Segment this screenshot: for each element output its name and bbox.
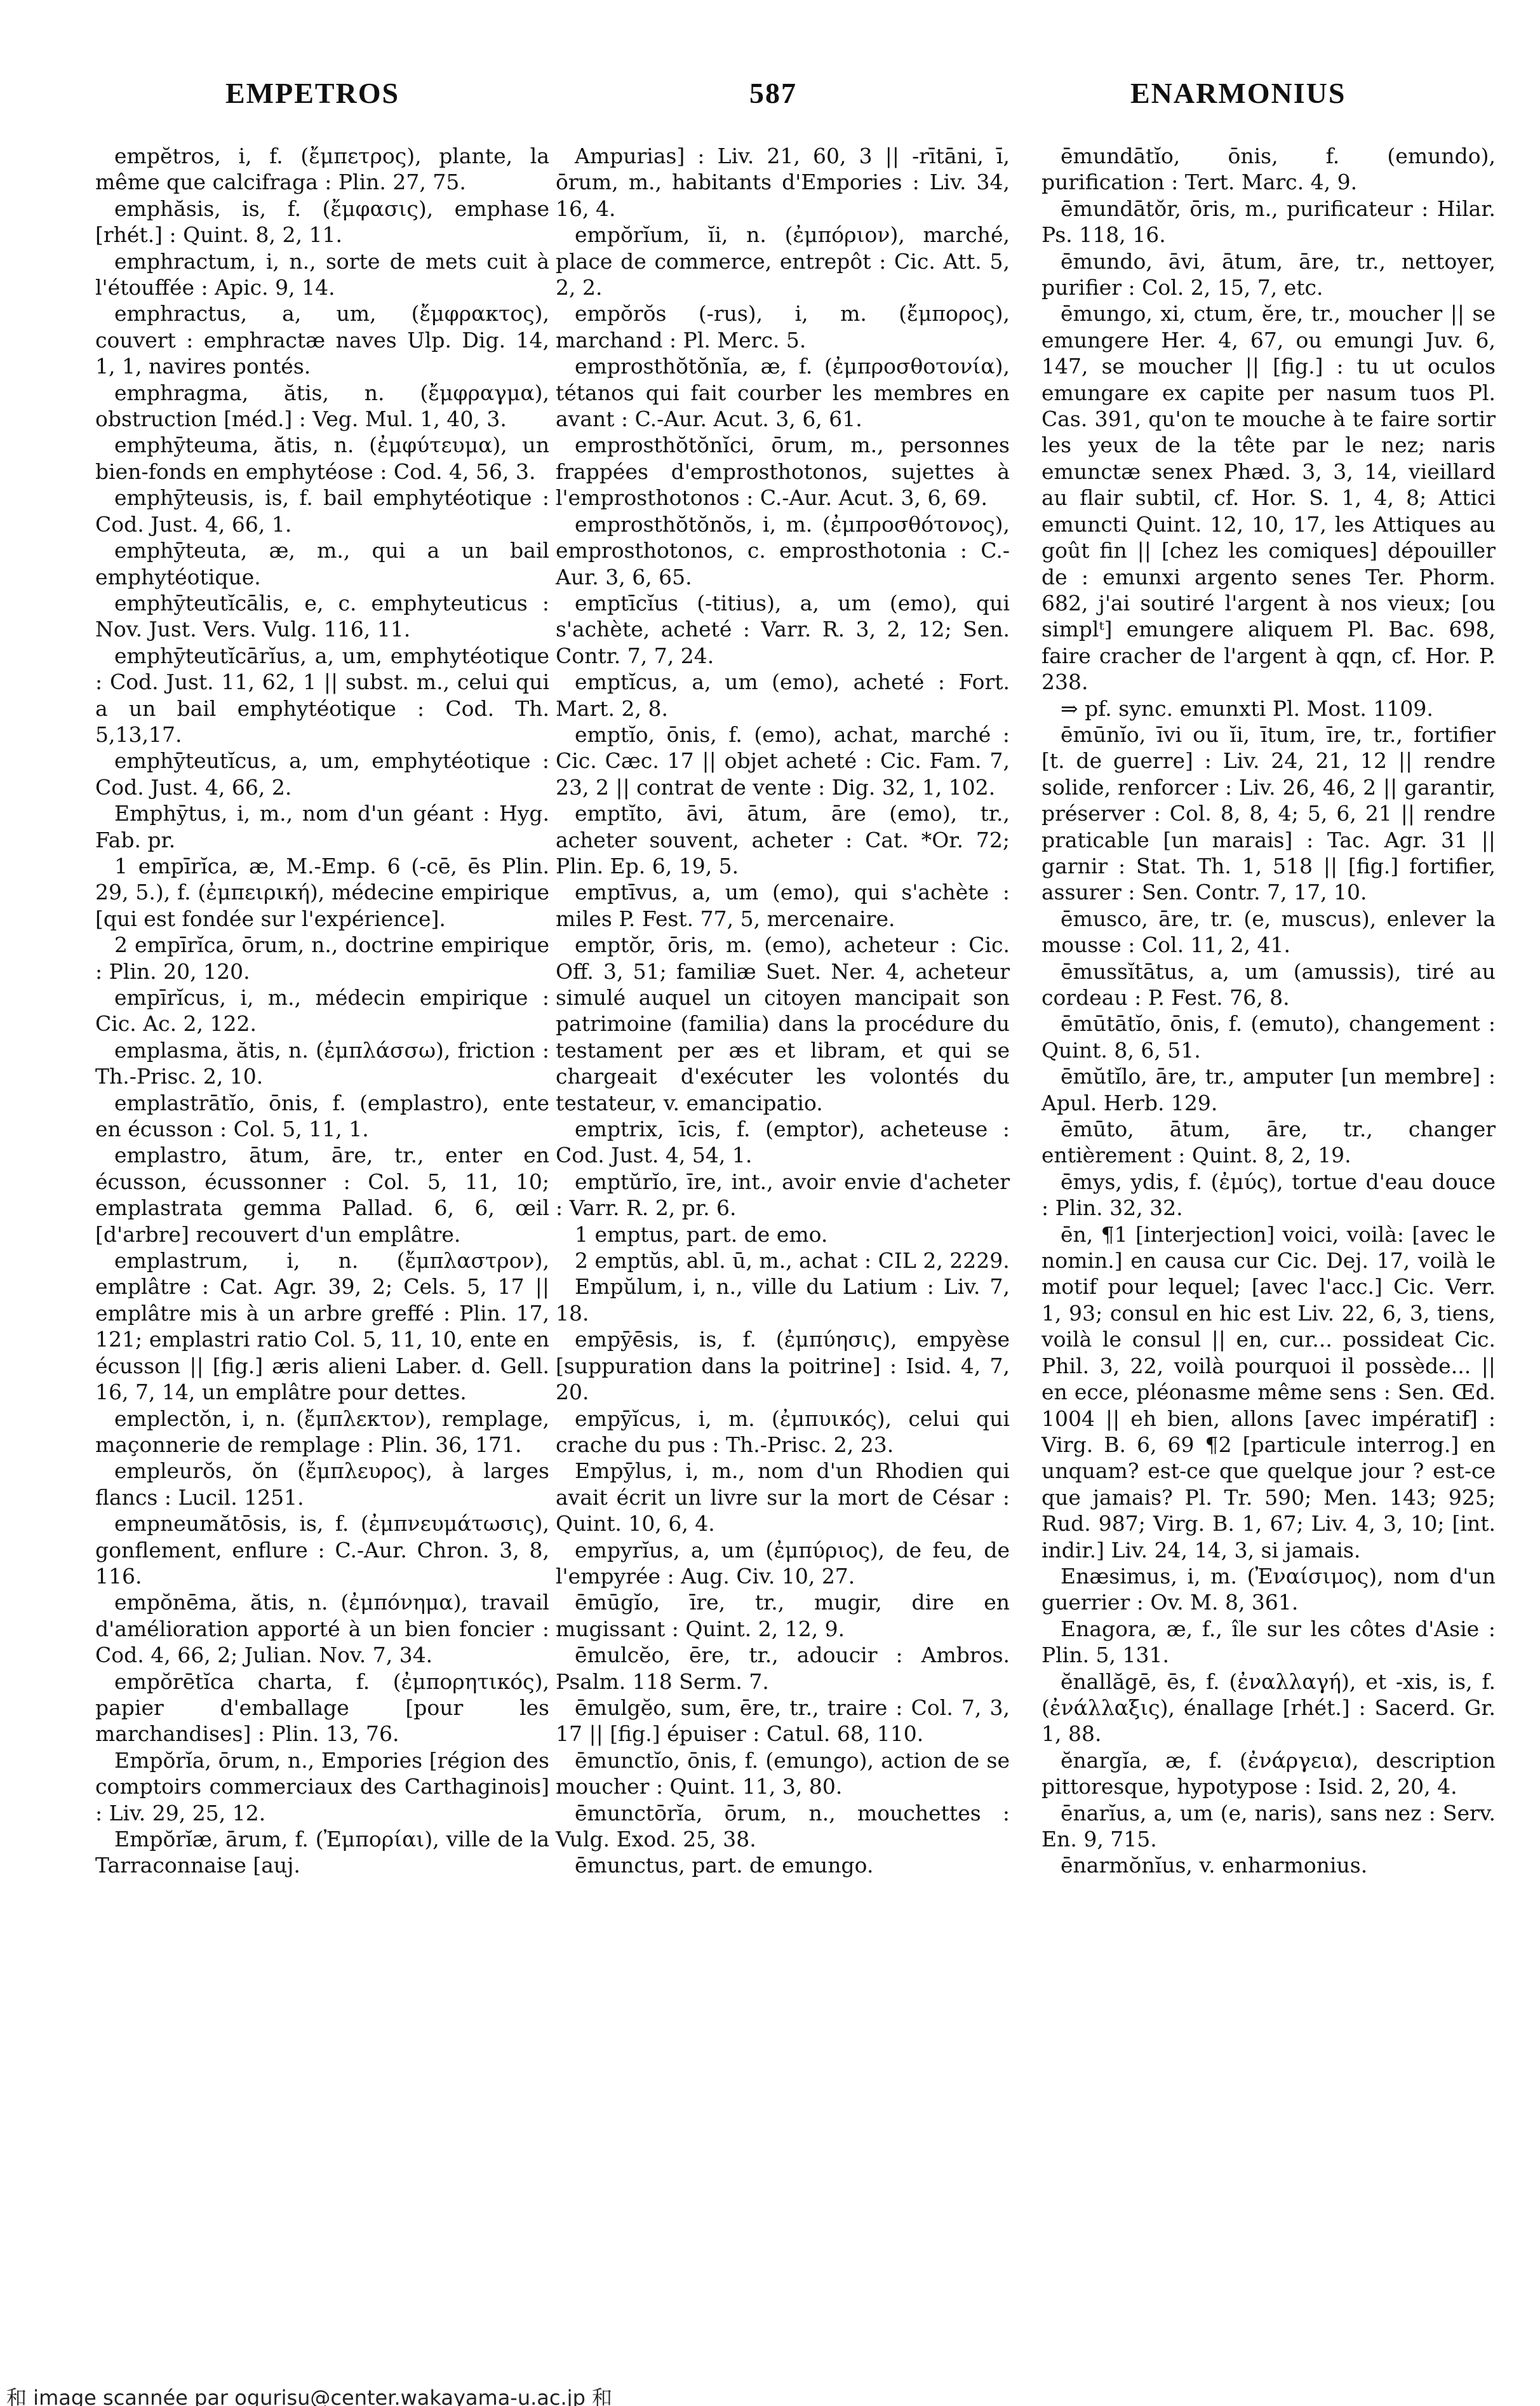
- dictionary-entry: Empŭlum, i, n., ville du Latium : Liv. 7…: [556, 1274, 1010, 1326]
- dictionary-entry: emphȳteuma, ătis, n. (ἐμφύτευμα), un bie…: [95, 432, 549, 485]
- dictionary-entry: ēmussĭtātus, a, um (amussis), tiré au co…: [1041, 958, 1496, 1011]
- dictionary-entry: ēmundātĭo, ōnis, f. (emundo), purificati…: [1041, 143, 1496, 196]
- dictionary-entry: emplastro, ātum, āre, tr., enter en écus…: [95, 1142, 549, 1247]
- dictionary-entry: 2 empīrĭca, ōrum, n., doctrine empirique…: [95, 932, 549, 985]
- dictionary-entry: Enagora, æ, f., île sur les côtes d'Asie…: [1041, 1616, 1496, 1669]
- column-3: ēmundātĭo, ōnis, f. (emundo), purificati…: [1041, 143, 1496, 1879]
- dictionary-entry: emphȳteutĭcālis, e, c. emphyteuticus : N…: [95, 590, 549, 643]
- dictionary-entry: emptĭo, ōnis, f. (emo), achat, marché : …: [556, 722, 1010, 800]
- dictionary-entry: ēmŭtĭlo, āre, tr., amputer [un membre] :…: [1041, 1063, 1496, 1116]
- dictionary-entry: empȳĭcus, i, m. (ἐμπυικός), celui qui cr…: [556, 1406, 1010, 1458]
- dictionary-entry: emphȳteutĭcārĭus, a, um, emphytéotique :…: [95, 643, 549, 748]
- dictionary-entry: ēmulcĕo, ēre, tr., adoucir : Ambros. Psa…: [556, 1642, 1010, 1695]
- dictionary-entry: ēmūto, ātum, āre, tr., changer entièreme…: [1041, 1116, 1496, 1169]
- dictionary-entry: ēmulgĕo, sum, ēre, tr., traire : Col. 7,…: [556, 1695, 1010, 1747]
- dictionary-entry: ēmūnĭo, īvi ou ĭi, ītum, īre, tr., forti…: [1041, 722, 1496, 906]
- dictionary-entry: ēmunctĭo, ōnis, f. (emungo), action de s…: [556, 1747, 1010, 1800]
- dictionary-entry: empŏrŏs (-rus), i, m. (ἔμπορος), marchan…: [556, 300, 1010, 353]
- dictionary-entry: emptĭto, āvi, ātum, āre (emo), tr., ache…: [556, 800, 1010, 879]
- dictionary-entry: ēmunctus, part. de emungo.: [556, 1852, 1010, 1878]
- dictionary-entry: emptrix, īcis, f. (emptor), acheteuse : …: [556, 1116, 1010, 1169]
- dictionary-entry: ēmys, ydis, f. (ἐμύς), tortue d'eau douc…: [1041, 1169, 1496, 1221]
- dictionary-entry: 2 emptŭs, abl. ū, m., achat : CIL 2, 222…: [556, 1247, 1010, 1274]
- dictionary-entry: empyrĭus, a, um (ἐμπύριος), de feu, de l…: [556, 1537, 1010, 1590]
- page-header: EMPETROS 587 ENARMONIUS: [0, 76, 1540, 127]
- dictionary-entry: emphȳteutĭcus, a, um, emphytéotique : Co…: [95, 748, 549, 800]
- column-1: empĕtros, i, f. (ἔμπετρος), plante, la m…: [95, 143, 549, 1879]
- dictionary-entry: emplastrātĭo, ōnis, f. (emplastro), ente…: [95, 1090, 549, 1143]
- dictionary-entry: empŏrĭum, ĭi, n. (ἐμπόριον), marché, pla…: [556, 222, 1010, 300]
- dictionary-entry: emphractum, i, n., sorte de mets cuit à …: [95, 248, 549, 301]
- right-guide-word: ENARMONIUS: [1130, 76, 1346, 110]
- dictionary-entry: ēmundātŏr, ōris, m., purificateur : Hila…: [1041, 196, 1496, 248]
- dictionary-entry: emplastrum, i, n. (ἔμπλαστρον), emplâtre…: [95, 1247, 549, 1405]
- dictionary-entry: emphăsis, is, f. (ἔμφασις), emphase [rhé…: [95, 196, 549, 248]
- dictionary-entry: emphractus, a, um, (ἔμφρακτος), couvert …: [95, 300, 549, 379]
- dictionary-entry: Enæsimus, i, m. (Ἐναίσιμος), nom d'un gu…: [1041, 1563, 1496, 1616]
- dictionary-entry: empneumătōsis, is, f. (ἐμπνευμάτωσις), g…: [95, 1510, 549, 1589]
- dictionary-entry: emplasma, ătis, n. (ἐμπλάσσω), friction …: [95, 1037, 549, 1090]
- dictionary-entry: ēn, ¶1 [interjection] voici, voilà: [ave…: [1041, 1221, 1496, 1563]
- dictionary-entry: Empȳlus, i, m., nom d'un Rhodien qui ava…: [556, 1458, 1010, 1536]
- dictionary-entry: Emphȳtus, i, m., nom d'un géant : Hyg. F…: [95, 800, 549, 853]
- dictionary-entry: ēmundo, āvi, ātum, āre, tr., nettoyer, p…: [1041, 248, 1496, 301]
- dictionary-entry: empŏrētĭca charta, f. (ἐμπορητικός), pap…: [95, 1669, 549, 1747]
- dictionary-entry: Empŏrĭæ, ārum, f. (Ἐμπορίαι), ville de l…: [95, 1826, 549, 1879]
- dictionary-entry: ēmūgĭo, īre, tr., mugir, dire en mugissa…: [556, 1589, 1010, 1642]
- left-guide-word: EMPETROS: [225, 76, 399, 110]
- dictionary-entry: ĕnallăgē, ēs, f. (ἐναλλαγή), et -xis, is…: [1041, 1669, 1496, 1747]
- dictionary-entry: ēnarmŏnĭus, v. enharmonius.: [1041, 1852, 1496, 1878]
- column-2: Ampurias] : Liv. 21, 60, 3 || -rītāni, ī…: [556, 143, 1010, 1879]
- dictionary-entry: empȳēsis, is, f. (ἐμπύησις), empyèse [su…: [556, 1326, 1010, 1405]
- dictionary-entry: 1 empīrĭca, æ, M.-Emp. 6 (-cē, ēs Plin. …: [95, 853, 549, 932]
- dictionary-entry: ĕnargĭa, æ, f. (ἐνάργεια), description p…: [1041, 1747, 1496, 1800]
- dictionary-entry: emphȳteusis, is, f. bail emphytéotique :…: [95, 485, 549, 537]
- dictionary-entry: emplectŏn, i, n. (ἔμπλεκτον), remplage, …: [95, 1406, 549, 1458]
- dictionary-entry: empīrĭcus, i, m., médecin empirique : Ci…: [95, 985, 549, 1037]
- page-number: 587: [749, 76, 797, 110]
- dictionary-entry: ⇒ pf. sync. emunxti Pl. Most. 1109.: [1041, 696, 1496, 722]
- dictionary-entry: emptĭcus, a, um (emo), acheté : Fort. Ma…: [556, 669, 1010, 722]
- dictionary-entry: emptŭrĭo, īre, int., avoir envie d'achet…: [556, 1169, 1010, 1221]
- scan-credit: 和 image scannée par ogurisu@center.wakay…: [6, 2382, 612, 2406]
- dictionary-entry: emprosthŏtŏnĭa, æ, f. (ἐμπροσθοτονία), t…: [556, 353, 1010, 432]
- dictionary-entry: ēmusco, āre, tr. (e, muscus), enlever la…: [1041, 906, 1496, 958]
- dictionary-entry: emptīvus, a, um (emo), qui s'achète : mi…: [556, 879, 1010, 932]
- dictionary-entry: 1 emptus, part. de emo.: [556, 1221, 1010, 1247]
- dictionary-entry: emprosthŏtŏnĭci, ōrum, m., personnes fra…: [556, 432, 1010, 511]
- dictionary-entry: ēmungo, xi, ctum, ĕre, tr., moucher || s…: [1041, 300, 1496, 695]
- dictionary-entry: emptŏr, ōris, m. (emo), acheteur : Cic. …: [556, 932, 1010, 1116]
- dictionary-entry: ēmūtātĭo, ōnis, f. (emuto), changement :…: [1041, 1011, 1496, 1063]
- dictionary-entry: emphragma, ătis, n. (ἔμφραγμα), obstruct…: [95, 380, 549, 433]
- dictionary-entry: empŏnēma, ătis, n. (ἐμπόνημα), travail d…: [95, 1589, 549, 1668]
- dictionary-entry: emprosthŏtŏnŏs, i, m. (ἐμπροσθότονος), e…: [556, 511, 1010, 590]
- dictionary-entry: ēmunctōrĭa, ōrum, n., mouchettes : Vulg.…: [556, 1800, 1010, 1853]
- dictionary-entry: ēnarĭus, a, um (e, naris), sans nez : Se…: [1041, 1800, 1496, 1853]
- dictionary-entry: Empŏrĭa, ōrum, n., Empories [région des …: [95, 1747, 549, 1826]
- dictionary-entry: emphȳteuta, æ, m., qui a un bail emphyté…: [95, 537, 549, 590]
- dictionary-entry: empĕtros, i, f. (ἔμπετρος), plante, la m…: [95, 143, 549, 196]
- dictionary-entry: emptīcĭus (-titius), a, um (emo), qui s'…: [556, 590, 1010, 669]
- dictionary-entry: Ampurias] : Liv. 21, 60, 3 || -rītāni, ī…: [556, 143, 1010, 222]
- dictionary-entry: empleurŏs, ŏn (ἔμπλευρος), à larges flan…: [95, 1458, 549, 1510]
